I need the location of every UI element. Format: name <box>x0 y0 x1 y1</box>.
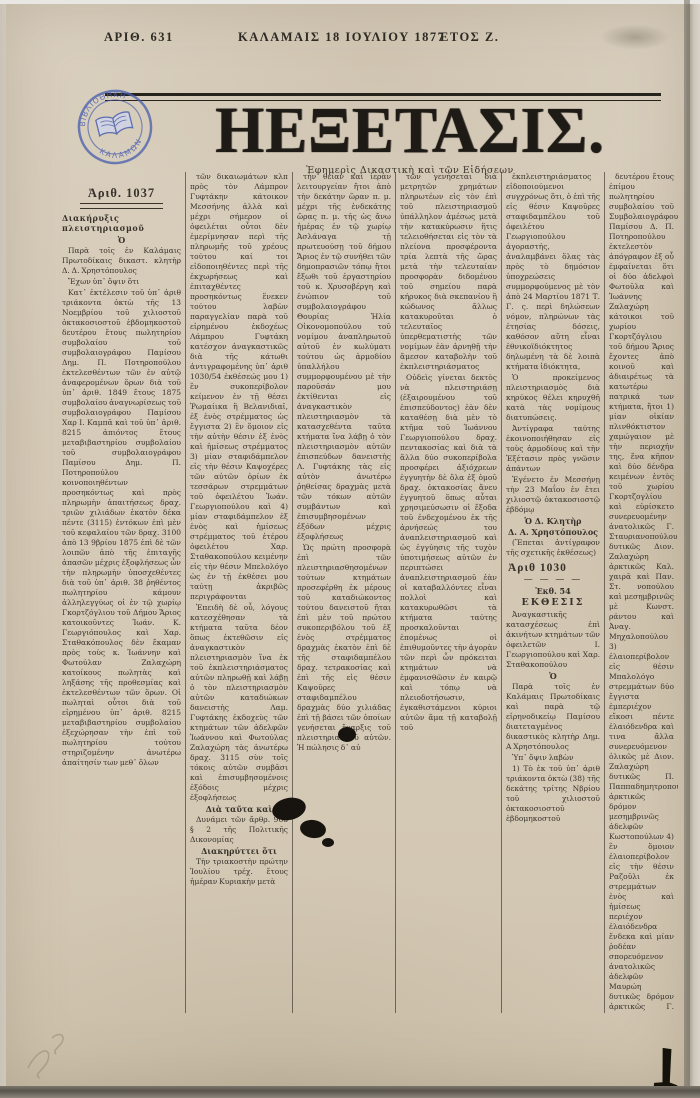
column-center: Ὁ <box>62 235 181 245</box>
column-caps: ΕΚΘΕΣΙΣ <box>506 597 600 608</box>
ink-blot <box>338 727 356 742</box>
column-paragraph: Κατ᾽ ἐκτέλεσιν τοῦ ὑπ᾽ ἀριθ τριάκοντα ὀκ… <box>62 288 181 768</box>
column-center: Ὁ <box>506 671 600 681</box>
column-paragraph: τῶν γενήσεται διὰ μετρητῶν χρημάτων πληρ… <box>400 172 497 372</box>
article-column: τῶν δικαιωμάτων κλπ πρὸς τὸν Λάμπρον Γυφ… <box>186 172 293 1013</box>
article-column: τῶν γενήσεται διὰ μετρητῶν χρημάτων πληρ… <box>396 172 502 1013</box>
article-column: Ἀριθ. 1037Διακήρυξις πλειστηριασμοῦὉΠαρὰ… <box>58 172 186 1013</box>
column-center: Δ. Α. Χρηστόπουλος <box>506 527 600 537</box>
column-paragraph: Ὡς πρώτη προσφορὰ ἐπὶ τῶν πλειστηριασθησ… <box>297 543 391 753</box>
column-paragraph: Ἐπειδὴ δὲ οὗ, λόγους κατεσχέθησαν τὰ κτή… <box>190 603 288 803</box>
column-paragraph: Ὁ προκείμενος πλειστηριασμὸς διὰ κηρύκος… <box>506 373 600 423</box>
year-label: ΕΤΟΣ Ζ. <box>440 30 499 45</box>
column-paragraph: Ἔχων ὑπ᾽ ὄψιν ὅτι <box>62 277 181 287</box>
column-rule2 <box>80 203 163 209</box>
scan-edge-top <box>0 0 700 4</box>
column-center: Διακηρύττει ὅτι <box>190 846 288 856</box>
column-paragraph: ἐκπλειστηριάσματος εἰδοποιούμενοι συγχρό… <box>506 172 600 372</box>
article-column: τὴν θείαν καὶ ἱερὰν λειτουργείαν ἤτοι ἀπ… <box>293 172 396 1013</box>
column-paragraph: Οὐδεὶς γίνεται δεκτὸς νὰ πλειστηριάσῃ (ἐ… <box>400 373 497 733</box>
dateline: ΚΑΛΑΜΑΙΣ 18 ΙΟΥΛΙΟΥ 1877 <box>238 30 445 45</box>
column-paragraph: (Ἕπεται ἀντίγραφον τῆς σχετικῆς ἐκθέσεως… <box>506 538 600 558</box>
column-paragraph: δευτέρου ἔτους ἐπίμου πωλητηρίου συμβολα… <box>609 172 674 1013</box>
column-paragraph: Ἀναγκαστικῆς κατασχέσεως ἐπὶ ἀκινήτων κτ… <box>506 610 600 670</box>
ink-blot <box>322 838 334 847</box>
article-column: δευτέρου ἔτους ἐπίμου πωλητηρίου συμβολα… <box>605 172 678 1013</box>
column-number2: Ἀριθ 1030 <box>508 562 600 574</box>
column-paragraph: Ὑπ᾽ ὄψιν λαβὼν <box>506 753 600 763</box>
column-paragraph: Ἀντίγραφα ταύτης ἐκοινοποιήθησαν εἰς τοὺ… <box>506 424 600 474</box>
column-paragraph: Δυνάμει τῶν ἄρθρ. 968 § 2 τῆς Πολιτικῆς … <box>190 815 288 845</box>
column-dashrule: — — — — <box>506 575 600 585</box>
column-head-left: Διακήρυξις πλειστηριασμοῦ <box>62 213 181 233</box>
scan-edge-right <box>684 0 690 1098</box>
column-paragraph: Ἐγένετο ἐν Μεσσήνῃ τὴν 23 Μαΐου ἐν ἔτει … <box>506 475 600 515</box>
issue-number: ΑΡΙΘ. 631 <box>104 30 174 45</box>
column-paragraph: τῶν δικαιωμάτων κλπ πρὸς τὸν Λάμπρον Γυφ… <box>190 172 288 602</box>
article-columns: Ἀριθ. 1037Διακήρυξις πλειστηριασμοῦὉΠαρὰ… <box>58 172 678 1013</box>
column-paragraph: Παρὰ τοῖς ἐν Καλάμαις Πρωτοδίκαις δικαστ… <box>62 246 181 276</box>
pencil-scribble <box>18 1008 98 1088</box>
column-paragraph: τὴν θείαν καὶ ἱερὰν λειτουργείαν ἤτοι ἀπ… <box>297 172 391 542</box>
scan-edge-bottom <box>0 1086 700 1098</box>
article-column: ἐκπλειστηριάσματος εἰδοποιούμενοι συγχρό… <box>502 172 605 1013</box>
newspaper-scan: ΑΡΙΘ. 631 ΚΑΛΑΜΑΙΣ 18 ΙΟΥΛΙΟΥ 1877 ΕΤΟΣ … <box>0 0 700 1098</box>
column-paragraph: 1) Τὸ ἐκ τοῦ ὑπ᾽ ἀριθ τριάκοντα ὀκτὼ (38… <box>506 764 600 824</box>
column-number: Ἀριθ. 1037 <box>62 186 181 201</box>
open-book-icon <box>96 111 134 138</box>
column-center: Ἐκθ. 54 <box>506 586 600 596</box>
masthead-title: ΗΕΞΕΤΑΣΙΣ. <box>130 96 690 165</box>
paper-stain <box>600 24 670 50</box>
column-center: Ὁ Δ. Κλητὴρ <box>506 516 600 526</box>
column-paragraph: Παρὰ τοῖς ἐν Καλάμαις Πρωτοδίκαις καὶ πα… <box>506 682 600 752</box>
column-paragraph: Τὴν τριακοστὴν πρώτην Ἰουλίου τρέχ. ἔτου… <box>190 857 288 887</box>
